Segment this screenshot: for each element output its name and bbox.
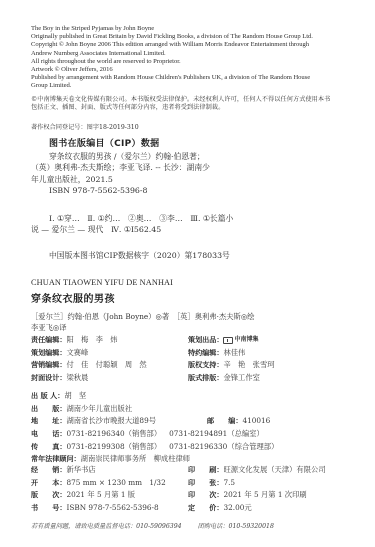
publisher-row: 出 版：湖南少年儿童出版社 [31,403,351,416]
book-title: 穿条纹衣服的男孩 [31,290,115,305]
spec-row: 开 本：875 mm × 1230 mm 1/32 印 张：7.5 [31,477,351,490]
staff-label: 策划出品： [188,334,223,347]
fax-admin: 0731-82196330（综合管理部） [169,441,278,454]
spec-label: 经 销： [31,464,66,477]
spec-label: 版 次： [31,489,66,502]
cip-line: （英）奥利弗·杰夫斯绘；李亚飞译. -- 长沙：湖南少 [31,162,261,173]
english-copyright-line: All rights throughout the world are rese… [31,58,341,66]
spec-label: 开 本： [31,477,66,490]
staff-row: 封面设计：梁秋晨 版式排版：金锋工作室 [31,372,351,385]
publisher-logo: 中南博集 [223,334,258,347]
spec-value: 875 mm × 1230 mm 1/32 [66,477,165,490]
fax-label: 传 真： [31,441,66,454]
publisher-row: 电 话：0731-82196340（销售部）0731-82194891（总编室） [31,428,351,441]
cip-classification: Ⅰ. ①穿… Ⅱ. ①约… ②奥… ③李… Ⅲ. ①长篇小 说 — 爱尔兰 — … [31,213,261,236]
staff-row: 营销编辑：付 佳 付聪颖 周 然 版权支持：辛 艳 张雪珂 [31,359,351,372]
staff-value: 辛 艳 张雪珂 [223,359,274,372]
spec-value: 2021 年 5 月第 1 版 [66,489,135,502]
address-label: 地 址： [31,415,66,428]
staff-value: 付 佳 付聪颖 周 然 [66,359,146,372]
cip-heading: 图书在版编目（CIP）数据 [49,136,159,149]
spec-row: 版 次：2021 年 5 月第 1 版 印 次：2021 年 5 月第 1 次印… [31,489,351,502]
publisher-person-value: 胡 坚 [64,390,86,403]
phone-label: 电 话： [31,428,66,441]
spec-value: 新华书店 [66,464,95,477]
chinese-copyright-notice: ©中南博集天卷文化传媒有限公司。本书版权受法律保护。未经权利人许可，任何人不得以… [31,96,331,113]
spec-value: 7.5 [223,477,235,490]
english-copyright-block: The Boy in the Striped Pyjamas by John B… [31,25,341,91]
spec-label: 印 张： [188,477,223,490]
book-specs: 经 销：新华书店 印 刷：旺源文化发展（天津）有限公司 开 本：875 mm ×… [31,464,351,514]
english-copyright-line: Group Limited. [31,82,341,90]
staff-row: 责任编辑：阳 梅 李 炜 策划出品： 中南博集 [31,334,351,347]
credits-author-illustrator: ［爱尔兰］约翰·伯恩（John Boyne）◎著 ［英］奥利弗·杰夫斯◎绘 [31,311,254,322]
cip-isbn: ISBN 978-7-5562-5396-8 [31,185,261,196]
cip-record: 穿条纹衣服的男孩 /（爱尔兰）约翰·伯恩著； （英）奥利弗·杰夫斯绘；李亚飞译.… [31,151,261,196]
editorial-staff: 责任编辑：阳 梅 李 炜 策划出品： 中南博集 策划编辑：文赛峰 特约编辑：林佳… [31,334,351,384]
staff-value: 梁秋晨 [66,372,88,385]
spec-row: 经 销：新华书店 印 刷：旺源文化发展（天津）有限公司 [31,464,351,477]
phone-editorial: 0731-82194891（总编室） [169,428,264,441]
publisher-row: 传 真：0731-82199308（销售部）0731-82196330（综合管理… [31,441,351,454]
spec-label: 印 次： [188,489,223,502]
staff-label: 策划编辑： [31,347,66,360]
publishing-house-value: 湖南少年儿童出版社 [66,403,132,416]
spec-label: 印 刷： [188,464,223,477]
publisher-person-label: 出 版 人： [31,390,64,403]
english-copyright-line: Artwork © Oliver Jeffers, 2016 [31,66,341,74]
spec-label: 定 价： [188,502,223,515]
spec-label: 书 号： [31,502,66,515]
cip-line: 年儿童出版社，2021.5 [31,174,261,185]
staff-label: 责任编辑： [31,334,66,347]
staff-label: 版权支持： [188,359,223,372]
staff-label: 封面设计： [31,372,66,385]
staff-row: 策划编辑：文赛峰 特约编辑：林佳伟 [31,347,351,360]
staff-label: 营销编辑： [31,359,66,372]
fax-sales: 0731-82199308（销售部） [66,441,161,454]
cip-number: 中国版本图书馆CIP数据核字（2020）第178033号 [49,250,230,261]
english-copyright-line: Copyright © John Boyne 2006 This edition… [31,41,341,49]
spec-value: ISBN 978-7-5562-5396-8 [66,502,158,515]
cip-class-line: 说 — 爱尔兰 — 现代 Ⅳ. ①I562.45 [31,224,261,235]
staff-label: 特约编辑： [188,347,223,360]
logo-text: 中南博集 [234,334,258,347]
book-credits: ［爱尔兰］约翰·伯恩（John Boyne）◎著 ［英］奥利弗·杰夫斯◎绘 李亚… [31,311,254,333]
spec-row: 书 号：ISBN 978-7-5562-5396-8 定 价：32.00元 [31,502,351,515]
copyright-registration-number: 著作权合同登记号：图字18-2019-310 [31,122,139,131]
publisher-row: 地 址：湖南省长沙市晚报大道89号 邮 编：410016 [31,415,351,428]
group-purchase-hotline: 团购电话：010-59320018 [198,523,274,530]
staff-label: 版式排版： [188,372,223,385]
english-copyright-line: Published by arrangement with Random Hou… [31,74,341,82]
cip-class-line: Ⅰ. ①穿… Ⅱ. ①约… ②奥… ③李… Ⅲ. ①长篇小 [31,213,261,224]
publisher-info: 出 版 人：胡 坚 出 版：湖南少年儿童出版社 地 址：湖南省长沙市晚报大道89… [31,390,351,466]
english-copyright-line: Andrew Nurnberg Associates International… [31,50,341,58]
staff-value: 阳 梅 李 炜 [66,334,117,347]
address-value: 湖南省长沙市晚报大道89号 [66,415,156,428]
publisher-row: 出 版 人：胡 坚 [31,390,351,403]
publishing-house-label: 出 版： [31,403,66,416]
staff-value: 文赛峰 [66,347,88,360]
credits-translator: 李亚飞◎译 [31,322,254,333]
cip-line: 穿条纹衣服的男孩 /（爱尔兰）约翰·伯恩著； [31,151,261,162]
postcode-label: 邮 编： [207,415,242,428]
english-copyright-line: Originally published in Great Britain by… [31,33,341,41]
copyright-page: The Boy in the Striped Pyjamas by John B… [0,0,375,547]
spec-value: 32.00元 [223,502,251,515]
spec-value: 2021 年 5 月第 1 次印刷 [223,489,306,502]
staff-value: 林佳伟 [223,347,245,360]
spec-value: 旺源文化发展（天津）有限公司 [223,464,325,477]
footer-hotlines: 若有质量问题，请致电质量监督电话：010-59096394团购电话：010-59… [31,521,274,530]
book-title-pinyin: CHUAN TIAOWEN YIFU DE NANHAI [31,278,173,287]
book-logo-icon [223,337,233,344]
quality-hotline: 若有质量问题，请致电质量监督电话：010-59096394 [31,523,182,530]
staff-value: 金锋工作室 [223,372,259,385]
english-copyright-line: The Boy in the Striped Pyjamas by John B… [31,25,341,33]
phone-sales: 0731-82196340（销售部） [66,428,161,441]
postcode-value: 410016 [242,415,270,428]
